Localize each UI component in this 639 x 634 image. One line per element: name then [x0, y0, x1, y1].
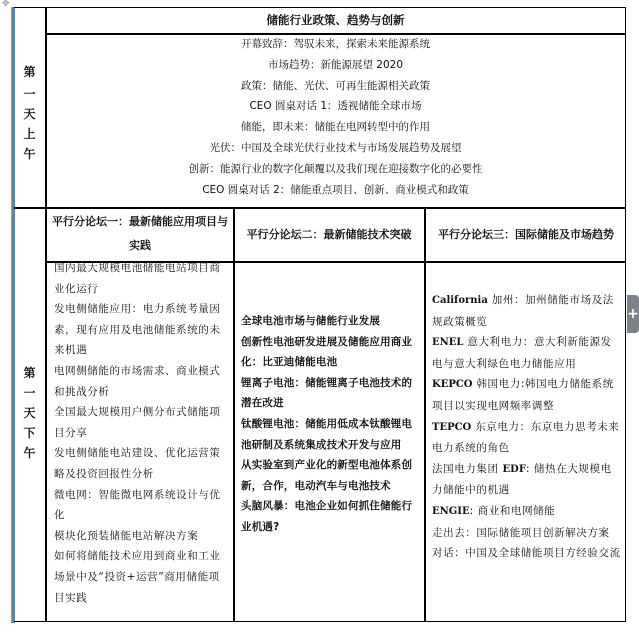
list-item: 如何将储能技术应用到商业和工业场景中及“投资+运营”商用储能项目实践: [54, 546, 230, 608]
org-name: California: [432, 295, 488, 306]
forum-1-title: 平行分论坛一：最新储能应用项目与实践: [52, 210, 228, 258]
label-char: 午: [14, 144, 45, 164]
page-title: 储能行业政策、趋势与创新: [46, 8, 625, 33]
list-item: 钛酸锂电池：储能用低成本钛酸锂电池研制及系统集成技术开发与应用: [241, 414, 421, 455]
org-name: EDF: [503, 464, 526, 475]
list-item: 创新：能源行业的数字化颠覆以及我们现在迎接数字化的必要性: [46, 159, 625, 180]
list-item: 走出去：国际储能项目创新解决方案: [432, 523, 622, 544]
list-item: 光伏：中国及全球光伏行业技术与市场发展趋势及展望: [46, 138, 625, 159]
forum-1-list: 国内最大规模电池储能电站项目商业化运行 发电侧储能应用：电力系统考量因素，现有应…: [54, 258, 230, 608]
label-char: 第: [14, 62, 45, 82]
item-prefix: 法国电力集团: [432, 463, 503, 475]
item-text: : 商业和电网储能: [470, 505, 556, 517]
list-item: 头脑风暴：电池企业如何抓住储能行业机遇?: [241, 496, 421, 537]
org-name: ENGIE: [432, 506, 470, 517]
label-char: 第: [14, 363, 45, 383]
list-item: 市场趋势：新能源展望 2020: [46, 55, 625, 76]
list-item: CEO 圆桌对话 2：储能重点项目、创新、商业模式和政策: [46, 180, 625, 201]
list-item: ENEL 意大利电力：意大利新能源发电与意大利绿色电力储能应用: [432, 332, 622, 374]
list-item: 从实验室到产业化的新型电池体系创新，合作，电动汽车与电池技术: [241, 455, 421, 496]
label-char: 一: [14, 84, 45, 104]
list-item: CEO 圆桌对话 1：透视储能全球市场: [46, 96, 625, 117]
list-item: 对话：中国及全球储能项目方经验交流: [432, 543, 622, 564]
day1-afternoon-label: 第 一 天 下 午: [14, 363, 45, 463]
list-item: 电网侧储能的市场需求、商业模式和挑战分析: [54, 361, 230, 402]
morning-session-list: 开幕致辞：驾驭未来，探索未来能源系统 市场趋势：新能源展望 2020 政策：储能…: [46, 34, 625, 200]
list-item: 政策：储能、光伏、可再生能源相关政策: [46, 76, 625, 97]
label-char: 午: [14, 443, 45, 463]
expand-plus-button[interactable]: +: [627, 295, 639, 333]
list-item: California 加州：加州储能市场及法规政策概览: [432, 290, 622, 332]
forum-3-title: 平行分论坛三：国际储能及市场趋势: [426, 223, 626, 247]
org-name: TEPCO: [432, 422, 471, 433]
list-item: 法国电力集团 EDF: 储热在大规模电力储能中的机遇: [432, 459, 622, 501]
list-item: 全球电池市场与储能行业发展: [241, 311, 421, 332]
list-item: 发电侧储能电站建设、优化运营策略及投资回报性分析: [54, 443, 230, 484]
forum-2-list: 全球电池市场与储能行业发展 创新性电池研发进展及储能应用商业化：比亚迪储能电池 …: [241, 311, 421, 538]
list-item: 发电侧储能应用：电力系统考量因素，现有应用及电池储能系统的未来机遇: [54, 299, 230, 361]
item-text: 走出去：国际储能项目创新解决方案: [432, 527, 610, 539]
org-name: KEPCO: [432, 379, 473, 390]
list-item: 全国最大规模用户侧分布式储能项目分享: [54, 402, 230, 443]
day1-morning-label: 第 一 天 上 午: [14, 62, 45, 164]
list-item: 模块化预装储能电站解决方案: [54, 526, 230, 547]
col-divider-forum-1: [233, 207, 235, 622]
list-item: TEPCO 东京电力：东京电力思考未来电力系统的角色: [432, 417, 622, 459]
list-item: 储能，即未来：储能在电网转型中的作用: [46, 117, 625, 138]
list-item: 国内最大规模电池储能电站项目商业化运行: [54, 258, 230, 299]
row-divider-morning: [14, 207, 625, 209]
list-item: 开幕致辞：驾驭未来，探索未来能源系统: [46, 34, 625, 55]
agenda-table: 第 一 天 上 午 储能行业政策、趋势与创新 开幕致辞：驾驭未来，探索未来能源系…: [14, 7, 626, 622]
forum-2-title: 平行分论坛二：最新储能技术突破: [235, 223, 423, 247]
list-item: KEPCO 韩国电力:韩国电力储能系统项目以实现电网频率调整: [432, 374, 622, 416]
label-char: 天: [14, 403, 45, 423]
col-divider-forum-2: [424, 207, 426, 622]
label-char: 天: [14, 104, 45, 124]
item-text: 对话：中国及全球储能项目方经验交流: [432, 547, 621, 559]
label-char: 下: [14, 423, 45, 443]
org-name: ENEL: [432, 337, 463, 348]
label-char: 一: [14, 383, 45, 403]
forum-3-list: California 加州：加州储能市场及法规政策概览 ENEL 意大利电力：意…: [432, 290, 622, 564]
list-item: ENGIE: 商业和电网储能: [432, 501, 622, 523]
list-item: 创新性电池研发进展及储能应用商业化：比亚迪储能电池: [241, 332, 421, 373]
list-item: 微电网：智能微电网系统设计与优化: [54, 485, 230, 526]
label-char: 上: [14, 124, 45, 144]
list-item: 锂离子电池：储能锂离子电池技术的潜在改进: [241, 373, 421, 414]
